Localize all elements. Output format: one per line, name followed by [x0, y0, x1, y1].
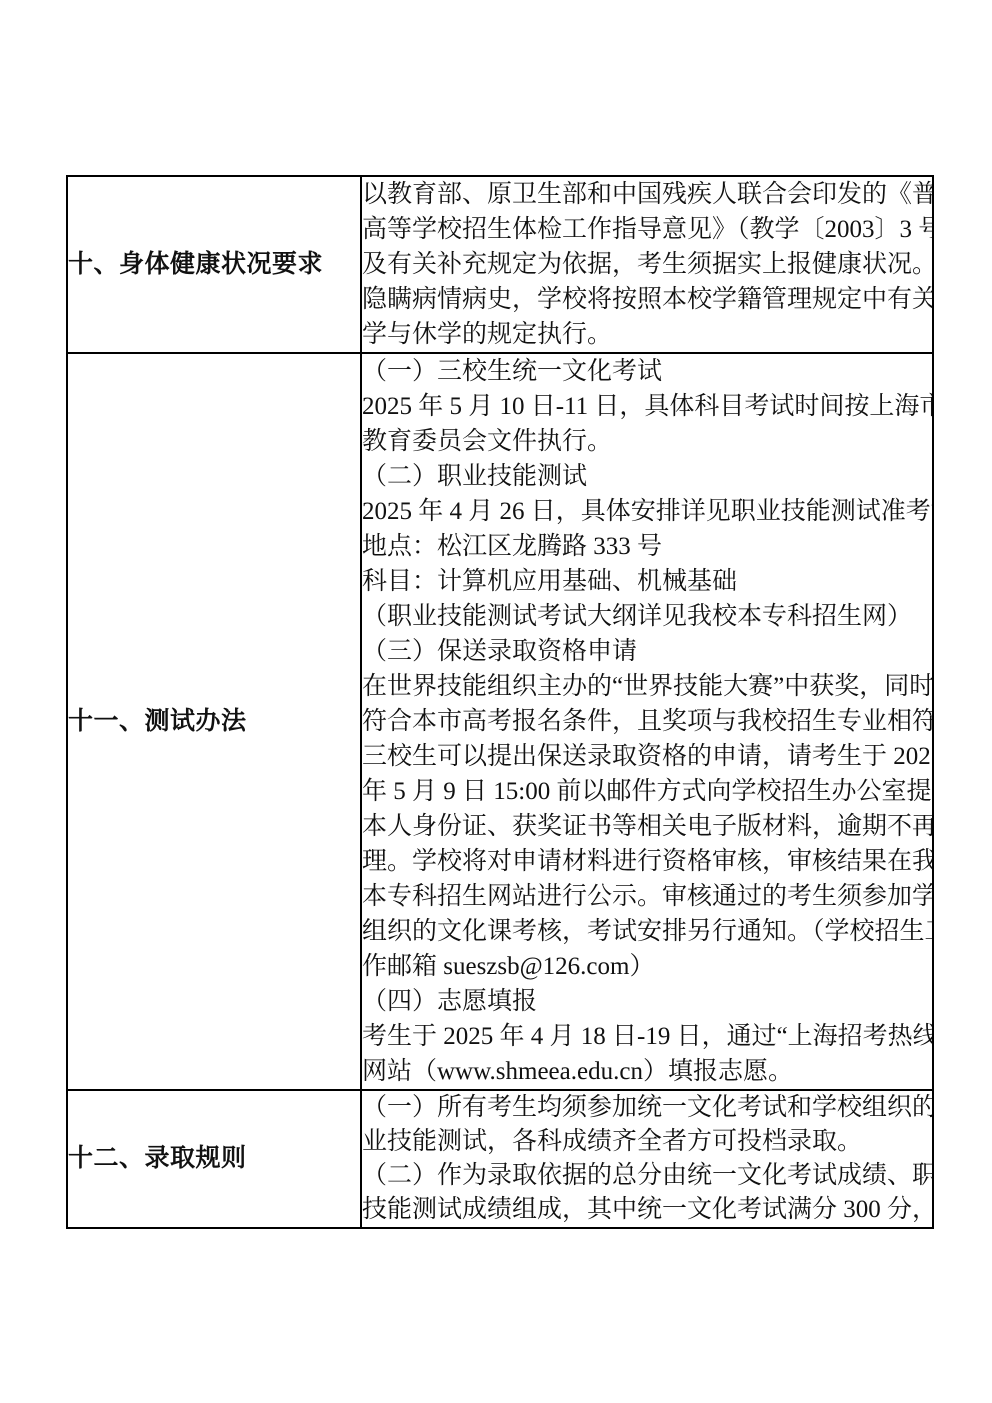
text-line: 本专科招生网站进行公示。审核通过的考生须参加学校 — [362, 879, 932, 914]
text-line-email: 作邮箱 sueszsb@126.com） — [362, 949, 932, 984]
text-line: 高等学校招生体检工作指导意见》（教学〔2003〕3 号） — [362, 212, 932, 247]
text-line: 年 5 月 9 日 15:00 前以邮件方式向学校招生办公室提供 — [362, 774, 932, 809]
text-line: 技能测试成绩组成，其中统一文化考试满分 300 分，职 — [362, 1193, 932, 1227]
text-line: （一）三校生统一文化考试 — [362, 354, 932, 389]
row-content-admission-rules: （一）所有考生均须参加统一文化考试和学校组织的职 业技能测试，各科成绩齐全者方可… — [361, 1090, 933, 1228]
text-line: 在世界技能组织主办的“世界技能大赛”中获奖，同时 — [362, 669, 932, 704]
text-line: 2025 年 5 月 10 日-11 日，具体科目考试时间按上海市 — [362, 389, 932, 424]
row-content-health-requirements: 以教育部、原卫生部和中国残疾人联合会印发的《普通 高等学校招生体检工作指导意见》… — [361, 176, 933, 353]
text-line: （二）作为录取依据的总分由统一文化考试成绩、职业 — [362, 1159, 932, 1193]
text-line: 学与休学的规定执行。 — [362, 317, 932, 352]
admissions-info-table: 十、身体健康状况要求 以教育部、原卫生部和中国残疾人联合会印发的《普通 高等学校… — [66, 175, 934, 1229]
text-line: 业技能测试，各科成绩齐全者方可投档录取。 — [362, 1125, 932, 1159]
text-line: 三校生可以提出保送录取资格的申请，请考生于 2025 — [362, 739, 932, 774]
text-line: 本人身份证、获奖证书等相关电子版材料，逾期不再受 — [362, 809, 932, 844]
text-line: 地点：松江区龙腾路 333 号 — [362, 529, 932, 564]
text-line-website: 网站（www.shmeea.edu.cn）填报志愿。 — [362, 1054, 932, 1089]
text-line: 2025 年 4 月 26 日，具体安排详见职业技能测试准考证 — [362, 494, 932, 529]
row-label-health-requirements: 十、身体健康状况要求 — [67, 176, 361, 353]
row-label-admission-rules: 十二、录取规则 — [67, 1090, 361, 1228]
document-page: 十、身体健康状况要求 以教育部、原卫生部和中国残疾人联合会印发的《普通 高等学校… — [0, 0, 992, 1403]
text-line: 考生于 2025 年 4 月 18 日-19 日，通过“上海招考热线” — [362, 1019, 932, 1054]
text-line: （四）志愿填报 — [362, 984, 932, 1019]
text-line: （三）保送录取资格申请 — [362, 634, 932, 669]
row-content-test-methods: （一）三校生统一文化考试 2025 年 5 月 10 日-11 日，具体科目考试… — [361, 353, 933, 1090]
text-line: 及有关补充规定为依据，考生须据实上报健康状况。若 — [362, 247, 932, 282]
text-line: 组织的文化课考核，考试安排另行通知。（学校招生工 — [362, 914, 932, 949]
text-line: 教育委员会文件执行。 — [362, 424, 932, 459]
table-row-admission-rules: 十二、录取规则 （一）所有考生均须参加统一文化考试和学校组织的职 业技能测试，各… — [67, 1090, 933, 1228]
text-line: 符合本市高考报名条件，且奖项与我校招生专业相符的 — [362, 704, 932, 739]
text-line: 以教育部、原卫生部和中国残疾人联合会印发的《普通 — [362, 177, 932, 212]
text-line: （二）职业技能测试 — [362, 459, 932, 494]
text-line: 隐瞒病情病史，学校将按照本校学籍管理规定中有关退 — [362, 282, 932, 317]
row-label-test-methods: 十一、测试办法 — [67, 353, 361, 1090]
text-line: （一）所有考生均须参加统一文化考试和学校组织的职 — [362, 1091, 932, 1125]
text-line: （职业技能测试考试大纲详见我校本专科招生网） — [362, 599, 932, 634]
table-row-health-requirements: 十、身体健康状况要求 以教育部、原卫生部和中国残疾人联合会印发的《普通 高等学校… — [67, 176, 933, 353]
text-line: 科目：计算机应用基础、机械基础 — [362, 564, 932, 599]
table-row-test-methods: 十一、测试办法 （一）三校生统一文化考试 2025 年 5 月 10 日-11 … — [67, 353, 933, 1090]
text-line: 理。学校将对申请材料进行资格审核，审核结果在我校 — [362, 844, 932, 879]
